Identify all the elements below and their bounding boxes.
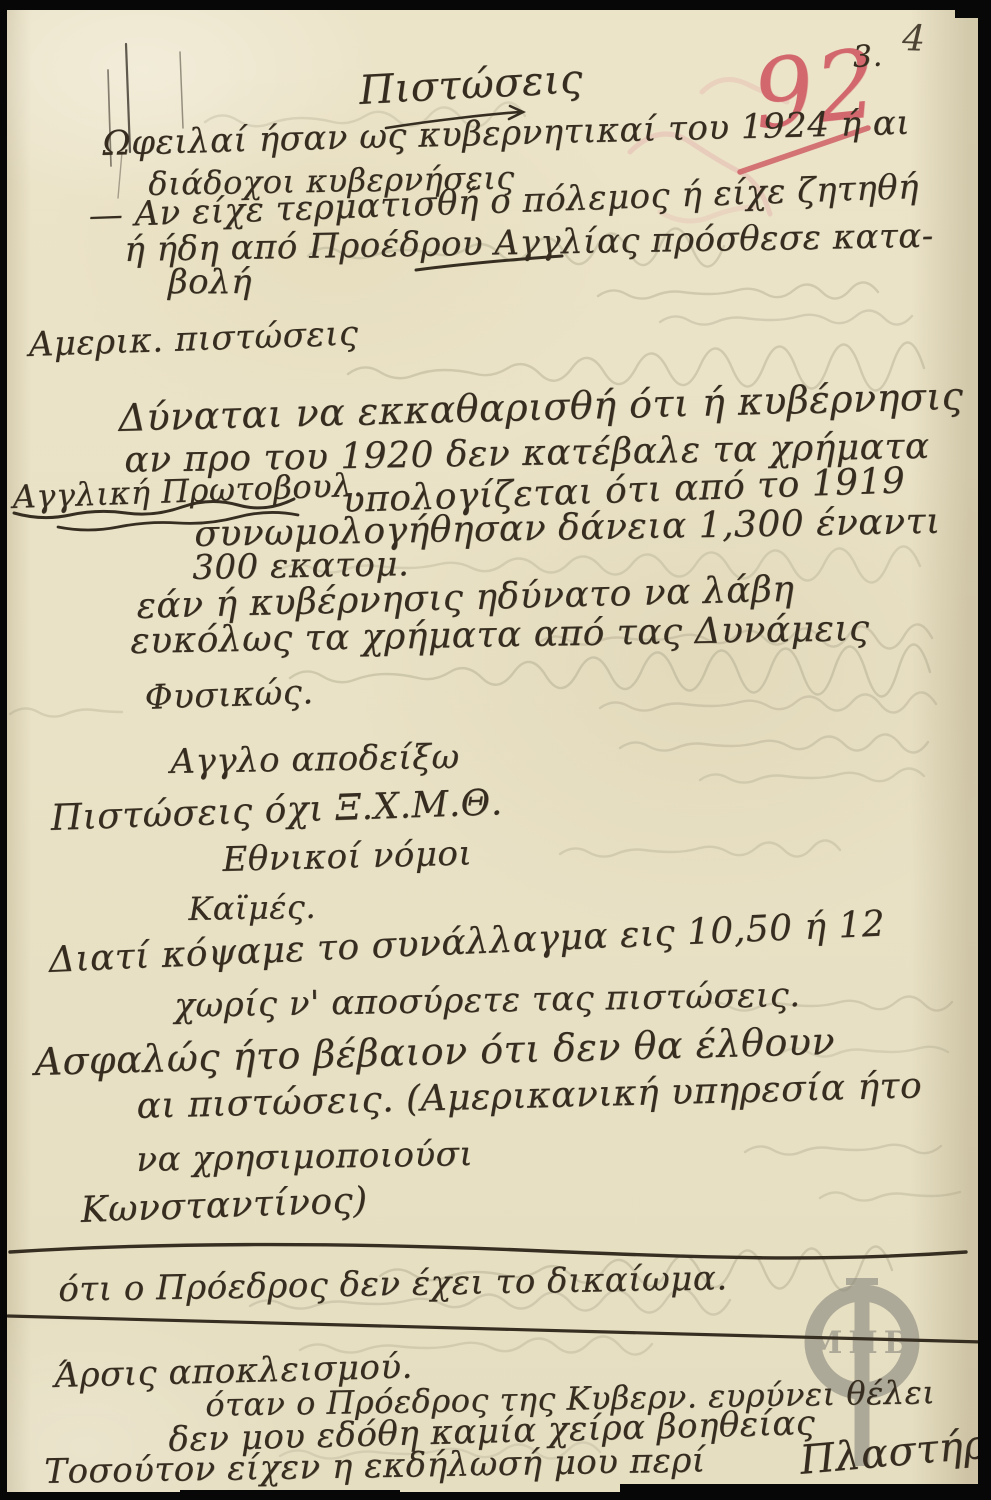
page-title: Πιστώσεις (358, 56, 584, 114)
ghost-stroke (560, 840, 840, 856)
handwritten-line: να χρησιμοποιούσι (136, 1134, 473, 1180)
handwritten-line: Αγγλο αποδείξω (170, 737, 460, 782)
scan-border-right (978, 0, 991, 1500)
ghost-stroke (660, 310, 912, 324)
scan-border-bottom-patch (620, 1484, 991, 1500)
section-heading-american-credits: Αμερικ. πιστώσεις (28, 313, 359, 364)
ghost-stroke (820, 1192, 960, 1201)
red-folio-superscript: 3. (852, 38, 883, 75)
pencil-stroke (180, 52, 183, 128)
handwritten-line: Ωφειλαί ήσαν ως κυβερνητικαί του 1924 ή … (102, 103, 911, 164)
handwritten-line: Πιστώσεις όχι Ξ.Χ.Μ.Θ. (50, 782, 503, 839)
scan-border-top (0, 0, 991, 10)
watermark-top-tick (846, 1278, 878, 1285)
margin-note-underlined: Αγγλική Πρωτοβουλ. (12, 466, 364, 516)
handwritten-line: Τοσούτον είχεν η εκδήλωσή μου περί (44, 1440, 706, 1492)
handwritten-line: χωρίς ν' αποσύρετε τας πιστώσεις. (174, 975, 801, 1026)
handwritten-line: Εθνικοί νόμοι (222, 833, 473, 880)
page-number: 4 (902, 18, 927, 60)
bleed-through-writing (10, 102, 960, 1458)
manuscript-page: ΜΗΒ 4 92 3. (7, 10, 978, 1492)
ghost-stroke (620, 734, 928, 752)
handwritten-line: ότι ο Πρόεδρος δεν έχει το δικαίωμα. (58, 1258, 728, 1310)
watermark-letters: ΜΗΒ (808, 1325, 916, 1361)
ghost-stroke (700, 768, 924, 782)
ghost-stroke (10, 708, 122, 716)
scanned-document: ΜΗΒ 4 92 3. (0, 0, 991, 1500)
handwritten-line: Φυσικώς. (144, 672, 314, 718)
ghost-stroke (600, 692, 936, 712)
name-konstantinos: Κωνσταντίνος) (80, 1180, 368, 1231)
hand-drawn-rule-2 (8, 1316, 978, 1342)
handwritten-line: Διατί κόψαμε το συνάλλαγμα εις 10,50 ή 1… (48, 903, 886, 980)
name-plastiras: Πλαστήρα (798, 1419, 991, 1484)
ghost-stroke (745, 1145, 941, 1155)
ghost-stroke (598, 282, 878, 298)
scan-border-bottom-patch (180, 1490, 400, 1500)
scan-border-left (0, 0, 7, 1500)
handwritten-line: Καϊμές. (188, 888, 316, 928)
hand-drawn-rule-1 (10, 1245, 966, 1258)
handwritten-line: βολή (168, 262, 252, 302)
